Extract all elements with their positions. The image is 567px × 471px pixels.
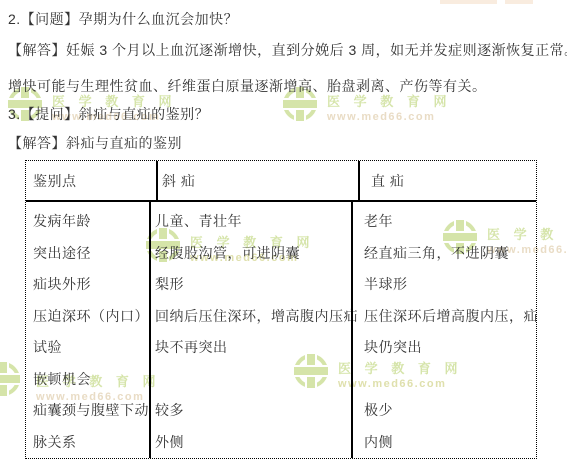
table-cell: 发病年龄: [33, 206, 149, 238]
watermark-edge-fragment: [505, 0, 533, 4]
table-cell: 经腹股沟管，可进阴囊: [155, 238, 351, 270]
table-cell: 试验: [33, 332, 149, 364]
table-cell: 突出途径: [33, 238, 149, 270]
question-3-line: 3.【提问】斜疝与直疝的鉴别？: [8, 104, 209, 124]
hernia-comparison-table: 鉴别点 斜 疝 直 疝 发病年龄 突出途径 疝块外形 压迫深环（内口） 试验 嵌…: [25, 160, 537, 459]
table-cell: 外侧: [155, 427, 351, 459]
table-header-direct-hernia: 直 疝: [358, 161, 536, 200]
table-cell: 压住深环后增高腹内压，疝: [364, 301, 536, 333]
table-cell: [364, 364, 536, 396]
table-column-criterion: 发病年龄 突出途径 疝块外形 压迫深环（内口） 试验 嵌顿机会 疝囊颈与腹壁下动…: [26, 202, 149, 458]
table-cell: 嵌顿机会: [33, 364, 149, 396]
table-cell: 极少: [364, 395, 536, 427]
table-cell: 梨形: [155, 269, 351, 301]
table-cell: 老年: [364, 206, 536, 238]
table-cell: 压迫深环（内口）: [33, 301, 149, 333]
table-cell: 儿童、青壮年: [155, 206, 351, 238]
watermark-url-text: www.med66.com: [327, 111, 451, 123]
table-header-row: 鉴别点 斜 疝 直 疝: [26, 161, 536, 202]
table-cell: 较多: [155, 395, 351, 427]
answer-2-line-1: 【解答】妊娠 3 个月以上血沉逐渐增快，直到分娩后 3 周，如无并发症则逐渐恢复…: [8, 40, 567, 60]
answer-3-title: 【解答】斜疝与直疝的鉴别: [8, 133, 182, 153]
question-2-line: 2.【问题】孕期为什么血沉会加快？: [8, 9, 238, 29]
table-cell: 内侧: [364, 427, 536, 459]
watermark-edge-fragment: [440, 0, 497, 4]
table-cell: [155, 364, 351, 396]
document-page: { "colors": { "text": "#333333", "table_…: [0, 0, 567, 471]
table-cell: 回纳后压住深环，增高腹内压疝: [155, 301, 351, 333]
table-cell: 疝囊颈与腹壁下动: [33, 395, 149, 427]
table-body-row: 发病年龄 突出途径 疝块外形 压迫深环（内口） 试验 嵌顿机会 疝囊颈与腹壁下动…: [26, 202, 536, 458]
table-cell: 脉关系: [33, 427, 149, 459]
table-column-indirect-hernia: 儿童、青壮年 经腹股沟管，可进阴囊 梨形 回纳后压住深环，增高腹内压疝 块不再突…: [149, 202, 351, 458]
med66-cross-logo-icon: [0, 362, 20, 396]
answer-2-line-2: 增快可能与生理性贫血、纤维蛋白原量逐渐增高、胎盘剥离、产伤等有关。: [8, 76, 487, 96]
table-cell: 块仍突出: [364, 332, 536, 364]
table-cell: 块不再突出: [155, 332, 351, 364]
table-column-direct-hernia: 老年 经直疝三角，不进阴囊 半球形 压住深环后增高腹内压，疝 块仍突出 极少 内…: [351, 202, 536, 458]
table-cell: 疝块外形: [33, 269, 149, 301]
table-cell: 经直疝三角，不进阴囊: [364, 238, 536, 270]
table-header-criterion: 鉴别点: [26, 161, 156, 200]
table-cell: 半球形: [364, 269, 536, 301]
table-header-indirect-hernia: 斜 疝: [156, 161, 358, 200]
